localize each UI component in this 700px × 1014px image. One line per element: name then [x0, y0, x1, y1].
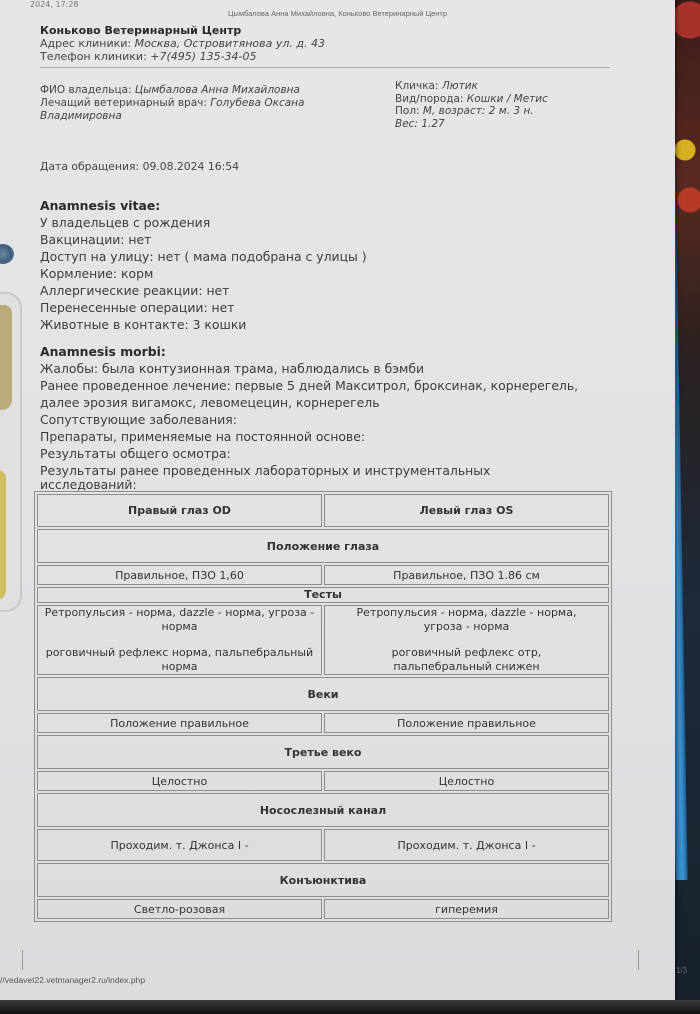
doctor-label: Лечащий ветеринарный врач: — [40, 97, 207, 109]
visit-date-value: 09.08.2024 16:54 — [143, 160, 239, 173]
owner-name: Цымбалова Анна Михайловна — [135, 84, 300, 96]
anamnesis-morbi-list: Жалобы: была контузионная трама, наблюда… — [40, 360, 640, 491]
section-conjunctiva: Конъюнктива — [37, 863, 609, 897]
clinic-address: Адрес клиники: Москва, Островитянова ул.… — [40, 37, 640, 50]
pet-sex-label: Пол: — [395, 105, 420, 117]
anamnesis-morbi-line: далее эрозия вигамокс, левомецецин, корн… — [40, 394, 640, 411]
pet-weight-label: Вес: — [395, 118, 418, 130]
eye-exam-table: Правый глаз OD Левый глаз OS Положение г… — [34, 491, 612, 922]
anamnesis-vitae-line: Вакцинации: нет — [40, 231, 640, 248]
table-header-row: Правый глаз OD Левый глаз OS — [37, 494, 609, 527]
tests-od: Ретропульсия - норма, dazzle - норма, уг… — [37, 605, 322, 675]
pet-breed-label: Вид/порода: — [395, 93, 463, 105]
eyelids-od: Положение правильное — [37, 713, 322, 733]
anamnesis-morbi-line: Сопутствующие заболевания: — [40, 411, 640, 428]
doctor-name-cont: Владимировна — [40, 110, 395, 123]
third-eyelid-os: Целостно — [324, 771, 609, 791]
pet-age-label: возраст: — [439, 105, 486, 117]
pet-name: Лютик — [442, 80, 478, 92]
section-nasolacrimal-duct: Носослезный канал — [37, 793, 609, 827]
visit-date: Дата обращения: 09.08.2024 16:54 — [40, 158, 640, 175]
pet-age: 2 м. 3 н. — [489, 105, 534, 117]
table-row: Ретропульсия - норма, dazzle - норма, уг… — [37, 605, 609, 675]
pet-info: Кличка: Лютик Вид/порода: Кошки / Метис … — [395, 80, 548, 130]
anamnesis-morbi-title: Anamnesis morbi: — [40, 343, 640, 360]
anamnesis-vitae-line: У владельцев с рождения — [40, 214, 640, 231]
tests-os-line-1: Ретропульсия - норма, dazzle - норма, уг… — [328, 606, 605, 634]
clinic-address-label: Адрес клиники: — [40, 37, 131, 50]
print-timestamp: 2024, 17:28 — [30, 0, 79, 9]
doctor-name: Голубева Оксана — [210, 97, 304, 109]
clip-decoration — [0, 305, 12, 410]
frame-line-right — [638, 950, 639, 970]
anamnesis-vitae-line: Кормление: корм — [40, 265, 640, 282]
anamnesis-vitae-line: Перенесенные операции: нет — [40, 299, 640, 316]
footer-url: //vedavet22.vetmanager2.ru/index.php — [0, 975, 145, 985]
nasolacrimal-od: Проходим. т. Джонса I - — [37, 829, 322, 861]
eye-position-os: Правильное, ПЗО 1.86 см — [324, 565, 609, 585]
clip-decoration — [0, 470, 6, 600]
section-eyelids: Веки — [37, 677, 609, 711]
header-divider — [40, 67, 610, 68]
table-row: Положение правильное Положение правильно… — [37, 713, 609, 733]
owner-info: ФИО владельца: Цымбалова Анна Михайловна… — [40, 84, 395, 130]
section-third-eyelid: Третье веко — [37, 735, 609, 769]
printed-page: 2024, 17:28 Цымбалова Анна Михайловна, К… — [0, 0, 675, 1000]
pet-sex: М, — [423, 105, 435, 117]
tests-od-line-2: роговичный рефлекс норма, пальпебральный… — [41, 646, 318, 674]
clinic-phone-value: +7(495) 135-34-05 — [150, 50, 256, 63]
pet-weight: 1.27 — [421, 118, 444, 130]
anamnesis-vitae-line: Животные в контакте: 3 кошки — [40, 316, 640, 333]
third-eyelid-od: Целостно — [37, 771, 322, 791]
table-row: Проходим. т. Джонса I - Проходим. т. Джо… — [37, 829, 609, 861]
page-number: 1/3 — [676, 966, 687, 975]
anamnesis-morbi-line: Препараты, применяемые на постоянной осн… — [40, 428, 640, 445]
pet-breed: Кошки / Метис — [467, 93, 548, 105]
document-body: Коньково Ветеринарный Центр Адрес клиник… — [40, 24, 640, 922]
clinic-address-value: Москва, Островитянова ул. д. 43 — [135, 37, 325, 50]
anamnesis-morbi-line: Ранее проведенное лечение: первые 5 дней… — [40, 377, 640, 394]
column-header-left-eye: Левый глаз OS — [324, 494, 609, 527]
print-header-meta: Цымбалова Анна Михайловна, Коньково Вете… — [228, 9, 447, 18]
anamnesis-morbi-line: Жалобы: была контузионная трама, наблюда… — [40, 360, 640, 377]
anamnesis-vitae-line: Аллергические реакции: нет — [40, 282, 640, 299]
anamnesis-vitae-title: Anamnesis vitae: — [40, 197, 640, 214]
pet-name-label: Кличка: — [395, 80, 439, 92]
visit-date-label: Дата обращения: — [40, 160, 139, 173]
owner-label: ФИО владельца: — [40, 84, 132, 96]
clinic-name: Коньково Ветеринарный Центр — [40, 24, 640, 37]
table-row: Светло-розовая гиперемия — [37, 899, 609, 919]
section-eye-position: Положение глаза — [37, 529, 609, 563]
eye-position-od: Правильное, ПЗО 1,60 — [37, 565, 322, 585]
anamnesis-vitae-list: У владельцев с рождения Вакцинации: нет … — [40, 214, 640, 333]
tests-od-line-1: Ретропульсия - норма, dazzle - норма, уг… — [41, 606, 318, 634]
tests-os-line-2: роговичный рефлекс отр, пальпебральный с… — [328, 646, 605, 674]
patient-info: ФИО владельца: Цымбалова Анна Михайловна… — [40, 84, 640, 130]
conjunctiva-os: гиперемия — [324, 899, 609, 919]
clinic-phone: Телефон клиники: +7(495) 135-34-05 — [40, 50, 640, 63]
conjunctiva-od: Светло-розовая — [37, 899, 322, 919]
desk-shadow — [0, 1000, 700, 1014]
frame-line-left — [22, 950, 23, 970]
anamnesis-morbi-line: исследований: — [40, 479, 640, 491]
table-row: Правильное, ПЗО 1,60 Правильное, ПЗО 1.8… — [37, 565, 609, 585]
column-header-right-eye: Правый глаз OD — [37, 494, 322, 527]
anamnesis-vitae-line: Доступ на улицу: нет ( мама подобрана с … — [40, 248, 640, 265]
eyelids-os: Положение правильное — [324, 713, 609, 733]
nasolacrimal-os: Проходим. т. Джонса I - — [324, 829, 609, 861]
tests-os: Ретропульсия - норма, dazzle - норма, уг… — [324, 605, 609, 675]
section-tests: Тесты — [37, 587, 609, 603]
clinic-phone-label: Телефон клиники: — [40, 50, 147, 63]
anamnesis-morbi-line: Результаты общего осмотра: — [40, 445, 640, 462]
table-row: Целостно Целостно — [37, 771, 609, 791]
